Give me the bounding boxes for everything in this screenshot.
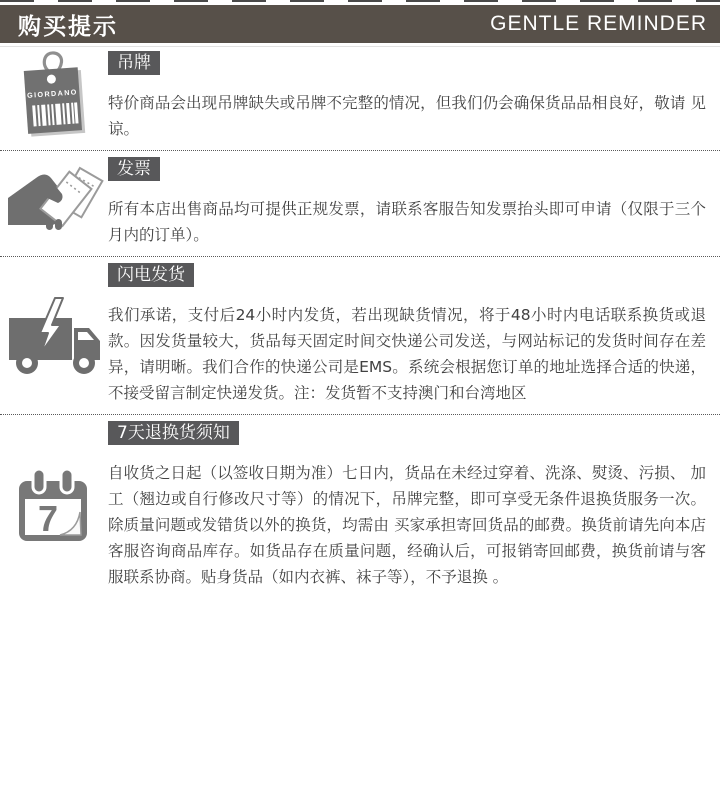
section-hang-tag: GIORDANO 吊牌 特价商品会出现吊牌缺失或吊牌不完整的情况，但我们仍会确保…	[0, 47, 720, 150]
calendar-7-icon: 7	[4, 456, 104, 556]
section-icon-column	[0, 290, 108, 380]
section-title-badge: 吊牌	[108, 51, 160, 75]
lightning-truck-icon	[4, 290, 104, 380]
section-shipping: 闪电发货 我们承诺，支付后24小时内发货，若出现缺货情况，将于48小时内电话联系…	[0, 257, 720, 414]
hang-tag-icon: GIORDANO	[9, 50, 99, 142]
header-bar: 购买提示 GENTLE REMINDER	[0, 5, 720, 43]
calendar-day-number: 7	[38, 498, 58, 539]
section-icon-column: GIORDANO	[0, 50, 108, 142]
section-title-badge: 发票	[108, 157, 160, 181]
invoice-hand-icon	[3, 162, 105, 244]
section-title-badge: 闪电发货	[108, 263, 194, 287]
section-body-text: 自收货之日起（以签收日期为准）七日内，货品在未经过穿着、洗涤、熨烫、污损、 加工…	[108, 460, 706, 590]
page-subtitle: GENTLE REMINDER	[490, 12, 707, 36]
section-invoice: 发票 所有本店出售商品均可提供正规发票，请联系客服告知发票抬头即可申请（仅限于三…	[0, 151, 720, 256]
section-icon-column	[0, 162, 108, 244]
section-icon-column: 7	[0, 456, 108, 556]
top-edge-remnant-line	[0, 0, 720, 2]
section-body-text: 所有本店出售商品均可提供正规发票，请联系客服告知发票抬头即可申请（仅限于三个月内…	[108, 196, 706, 248]
section-body-text: 我们承诺，支付后24小时内发货，若出现缺货情况，将于48小时内电话联系换货或退款…	[108, 302, 706, 406]
section-body-text: 特价商品会出现吊牌缺失或吊牌不完整的情况，但我们仍会确保货品品相良好，敬请 见谅…	[108, 90, 706, 142]
section-title-badge: 7天退换货须知	[108, 421, 239, 445]
page-title: 购买提示	[18, 8, 118, 41]
section-returns: 7 7天退换货须知 自收货之日起（以签收日期为准）七日内，货品在未经过穿着、洗涤…	[0, 415, 720, 598]
